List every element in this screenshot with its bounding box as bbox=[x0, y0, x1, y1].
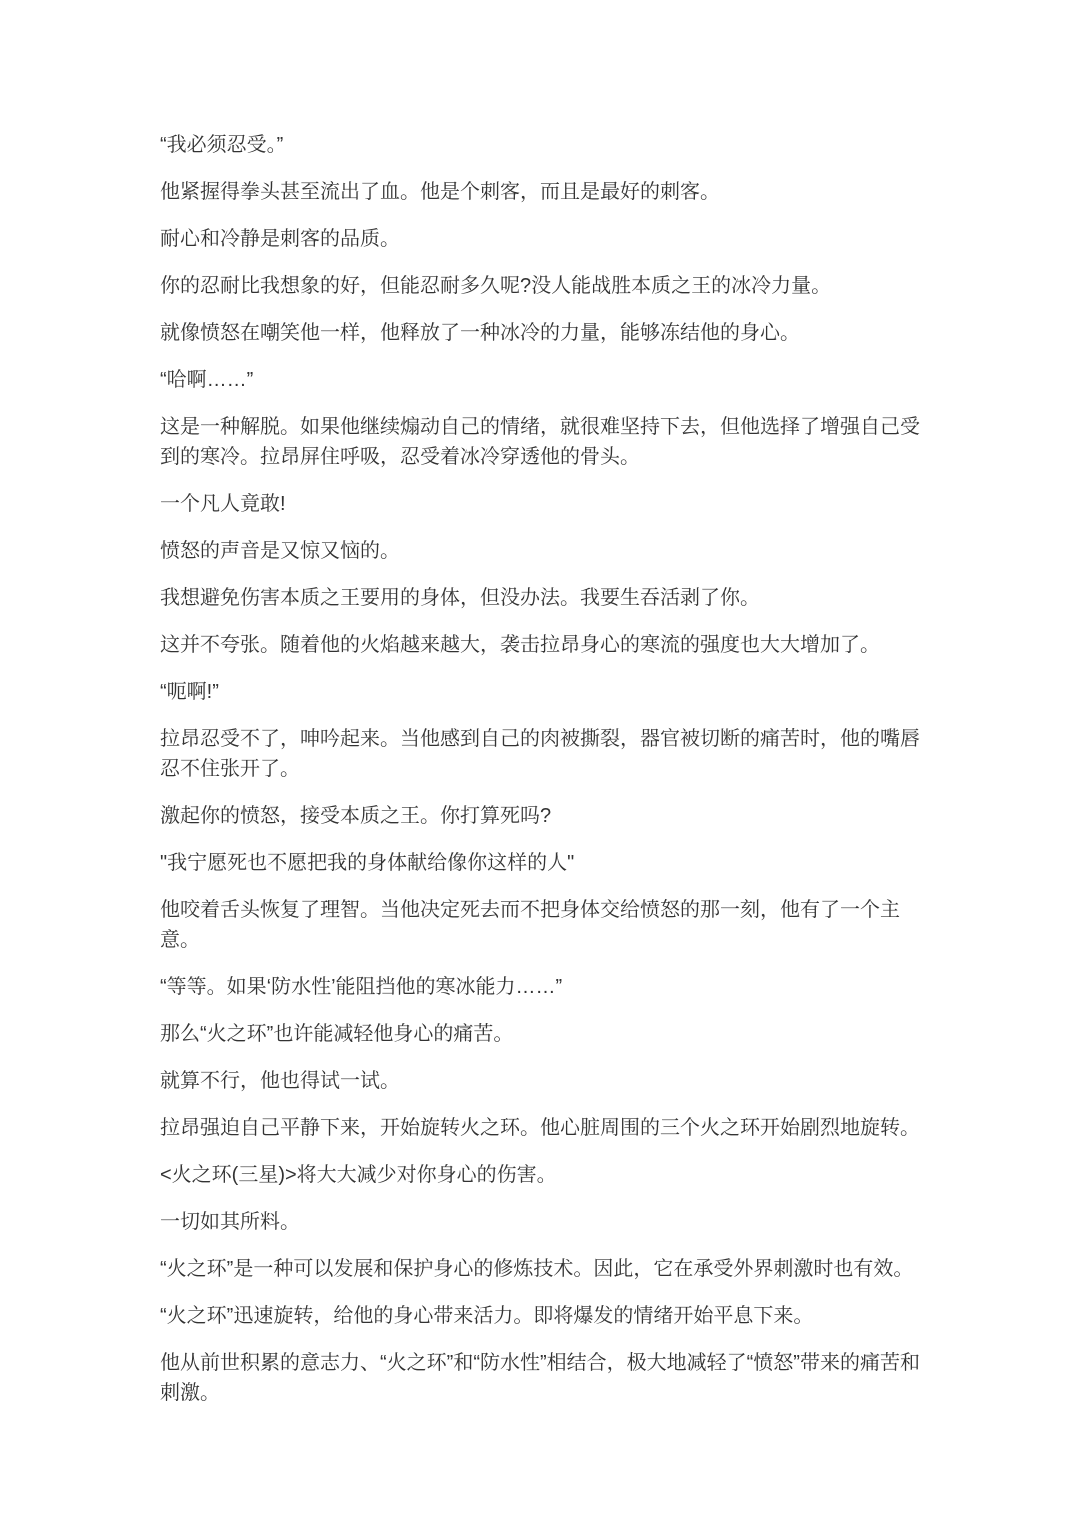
paragraph: 一切如其所料。 bbox=[160, 1207, 930, 1237]
paragraph: 就算不行，他也得试一试。 bbox=[160, 1066, 930, 1096]
paragraph: "我宁愿死也不愿把我的身体献给像你这样的人" bbox=[160, 848, 930, 878]
paragraph: 他紧握得拳头甚至流出了血。他是个刺客，而且是最好的刺客。 bbox=[160, 177, 930, 207]
paragraph: “火之环”迅速旋转，给他的身心带来活力。即将爆发的情绪开始平息下来。 bbox=[160, 1301, 930, 1331]
paragraph: 愤怒的声音是又惊又恼的。 bbox=[160, 536, 930, 566]
paragraph: 拉昂强迫自己平静下来，开始旋转火之环。他心脏周围的三个火之环开始剧烈地旋转。 bbox=[160, 1113, 930, 1143]
paragraph: 他从前世积累的意志力、“火之环”和“防水性”相结合，极大地减轻了“愤怒”带来的痛… bbox=[160, 1348, 930, 1408]
document-page: “我必须忍受。” 他紧握得拳头甚至流出了血。他是个刺客，而且是最好的刺客。 耐心… bbox=[0, 0, 1074, 1519]
paragraph: 就像愤怒在嘲笑他一样，他释放了一种冰冷的力量，能够冻结他的身心。 bbox=[160, 318, 930, 348]
paragraph: 这并不夸张。随着他的火焰越来越大，袭击拉昂身心的寒流的强度也大大增加了。 bbox=[160, 630, 930, 660]
paragraph: 耐心和冷静是刺客的品质。 bbox=[160, 224, 930, 254]
paragraph: <火之环(三星)>将大大减少对你身心的伤害。 bbox=[160, 1160, 930, 1190]
paragraph: 这是一种解脱。如果他继续煽动自己的情绪，就很难坚持下去，但他选择了增强自己受到的… bbox=[160, 412, 930, 472]
paragraph: “等等。如果‘防水性’能阻挡他的寒冰能力……” bbox=[160, 972, 930, 1002]
paragraph: 他咬着舌头恢复了理智。当他决定死去而不把身体交给愤怒的那一刻，他有了一个主意。 bbox=[160, 895, 930, 955]
paragraph: 我想避免伤害本质之王要用的身体，但没办法。我要生吞活剥了你。 bbox=[160, 583, 930, 613]
paragraph: “呃啊!” bbox=[160, 677, 930, 707]
paragraph: 那么“火之环”也许能减轻他身心的痛苦。 bbox=[160, 1019, 930, 1049]
paragraph: 拉昂忍受不了，呻吟起来。当他感到自己的肉被撕裂，器官被切断的痛苦时，他的嘴唇忍不… bbox=[160, 724, 930, 784]
paragraph: 你的忍耐比我想象的好，但能忍耐多久呢?没人能战胜本质之王的冰冷力量。 bbox=[160, 271, 930, 301]
paragraph: 一个凡人竟敢! bbox=[160, 489, 930, 519]
paragraph: “火之环”是一种可以发展和保护身心的修炼技术。因此，它在承受外界刺激时也有效。 bbox=[160, 1254, 930, 1284]
paragraph: “我必须忍受。” bbox=[160, 130, 930, 160]
paragraph: 激起你的愤怒，接受本质之王。你打算死吗? bbox=[160, 801, 930, 831]
paragraph: “哈啊……” bbox=[160, 365, 930, 395]
